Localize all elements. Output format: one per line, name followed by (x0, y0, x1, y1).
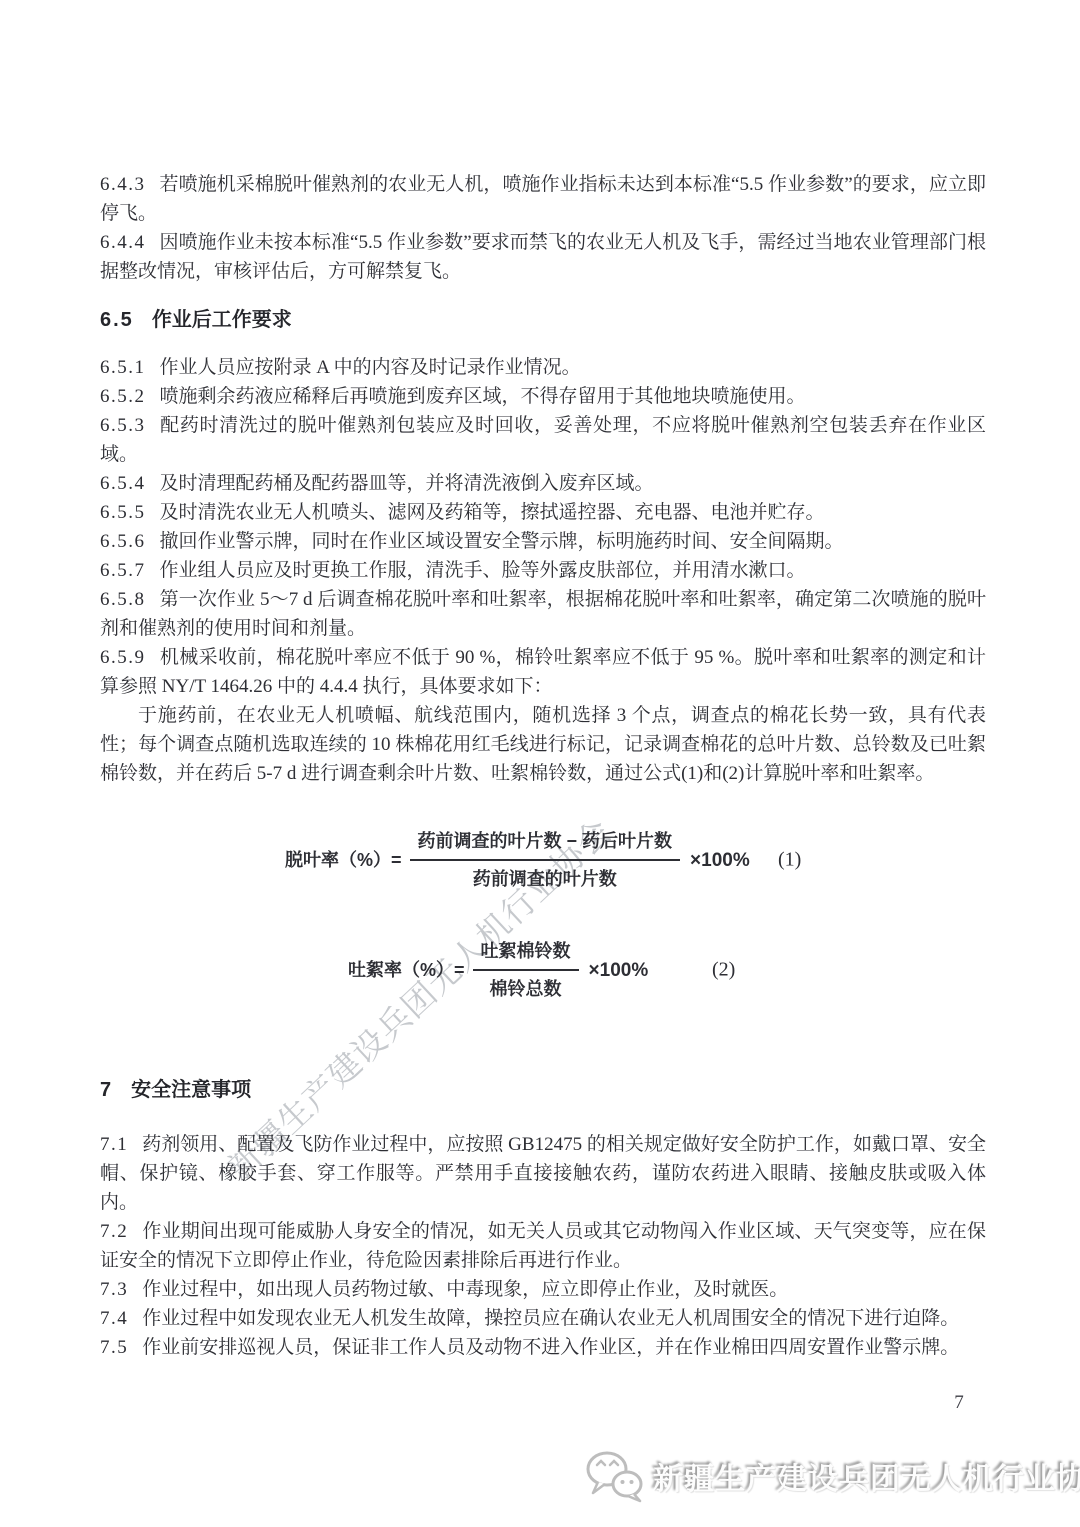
formula-fraction: 药前调查的叶片数 − 药后叶片数 药前调查的叶片数 (410, 828, 681, 892)
clause-number: 6.5.5 (100, 502, 146, 523)
clause-7-1: 7.1药剂领用、配置及飞防作业过程中，应按照 GB12475 的相关规定做好安全… (100, 1130, 986, 1217)
clause-7-5: 7.5作业前安排巡视人员，保证非工作人员及动物不进入作业区，并在作业棉田四周安置… (100, 1333, 986, 1362)
section-number: 7 (100, 1079, 113, 1101)
clause-text: 作业组人员应及时更换工作服，清洗手、脸等外露皮肤部位，并用清水漱口。 (160, 560, 806, 581)
clause-text: 作业人员应按附录 A 中的内容及时记录作业情况。 (160, 357, 581, 378)
clause-6-5-6: 6.5.6撤回作业警示牌，同时在作业区域设置安全警示牌，标明施药时间、安全间隔期… (100, 527, 986, 556)
clause-7-4: 7.4作业过程中如发现农业无人机发生故障，操控员应在确认农业无人机周围安全的情况… (100, 1304, 986, 1333)
formula-boll-opening-rate: 吐絮率（%）= 吐絮棉铃数 棉铃总数 ×100% (2) (348, 938, 986, 1002)
formula-label: 吐絮率（%）= (348, 956, 465, 985)
equation-number: (2) (712, 956, 735, 985)
formula-fraction: 吐絮棉铃数 棉铃总数 (473, 938, 579, 1002)
clause-text: 喷施剩余药液应稀释后再喷施到废弃区域，不得存留用于其他地块喷施使用。 (160, 386, 806, 407)
clause-text: 撤回作业警示牌，同时在作业区域设置安全警示牌，标明施药时间、安全间隔期。 (160, 531, 844, 552)
clause-number: 6.4.3 (100, 174, 146, 195)
section-title: 安全注意事项 (131, 1079, 251, 1101)
clause-number: 6.5.3 (100, 415, 146, 436)
clause-6-5-5: 6.5.5及时清洗农业无人机喷头、滤网及药箱等，擦拭遥控器、充电器、电池并贮存。 (100, 498, 986, 527)
clause-text: 第一次作业 5～7 d 后调查棉花脱叶率和吐絮率，根据棉花脱叶率和吐絮率，确定第… (100, 589, 986, 639)
clause-6-5-4: 6.5.4及时清理配药桶及配药器皿等，并将清洗液倒入废弃区域。 (100, 469, 986, 498)
clause-6-5-2: 6.5.2喷施剩余药液应稀释后再喷施到废弃区域，不得存留用于其他地块喷施使用。 (100, 382, 986, 411)
clause-number: 7.4 (100, 1308, 128, 1329)
formula-multiplier: ×100% (589, 956, 649, 985)
document-body: 6.4.3若喷施机采棉脱叶催熟剂的农业无人机，喷施作业指标未达到本标准“5.5 … (100, 170, 986, 1362)
clause-text: 作业过程中，如出现人员药物过敏、中毒现象，应立即停止作业，及时就医。 (142, 1279, 788, 1300)
clause-text: 及时清洗农业无人机喷头、滤网及药箱等，擦拭遥控器、充电器、电池并贮存。 (160, 502, 825, 523)
section-heading-6-5: 6.5作业后工作要求 (100, 306, 986, 335)
clause-7-3: 7.3作业过程中，如出现人员药物过敏、中毒现象，应立即停止作业，及时就医。 (100, 1275, 986, 1304)
footer: 新疆生产建设兵团无人机行业协会 (585, 1446, 1080, 1506)
clause-6-5-1: 6.5.1作业人员应按附录 A 中的内容及时记录作业情况。 (100, 353, 986, 382)
clause-number: 6.5.4 (100, 473, 146, 494)
clause-number: 7.5 (100, 1337, 128, 1358)
clause-text: 因喷施作业未按本标准“5.5 作业参数”要求而禁飞的农业无人机及飞手，需经过当地… (100, 232, 986, 282)
formula-multiplier: ×100% (690, 846, 750, 875)
survey-method-paragraph: 于施药前，在农业无人机喷幅、航线范围内，随机选择 3 个点，调查点的棉花长势一致… (100, 701, 986, 788)
clause-text: 作业过程中如发现农业无人机发生故障，操控员应在确认农业无人机周围安全的情况下进行… (142, 1308, 959, 1329)
document-page: 新疆生产建设兵团无人机行业协会 6.4.3若喷施机采棉脱叶催熟剂的农业无人机，喷… (0, 0, 1080, 1527)
clause-6-4-3: 6.4.3若喷施机采棉脱叶催熟剂的农业无人机，喷施作业指标未达到本标准“5.5 … (100, 170, 986, 228)
clause-number: 6.5.9 (100, 647, 146, 668)
clause-number: 7.2 (100, 1221, 128, 1242)
clause-text: 及时清理配药桶及配药器皿等，并将清洗液倒入废弃区域。 (160, 473, 654, 494)
clause-text: 作业前安排巡视人员，保证非工作人员及动物不进入作业区，并在作业棉田四周安置作业警… (142, 1337, 959, 1358)
formula-numerator: 药前调查的叶片数 − 药后叶片数 (410, 828, 681, 861)
formula-label: 脱叶率（%）= (285, 846, 402, 875)
formula-numerator: 吐絮棉铃数 (473, 938, 579, 971)
clause-number: 6.5.7 (100, 560, 146, 581)
clause-number: 6.5.6 (100, 531, 146, 552)
clause-6-5-9: 6.5.9机械采收前，棉花脱叶率应不低于 90 %，棉铃吐絮率应不低于 95 %… (100, 643, 986, 701)
clause-6-5-8: 6.5.8第一次作业 5～7 d 后调查棉花脱叶率和吐絮率，根据棉花脱叶率和吐絮… (100, 585, 986, 643)
footer-org-name: 新疆生产建设兵团无人机行业协会 (653, 1454, 1080, 1498)
section-heading-7: 7安全注意事项 (100, 1076, 986, 1105)
clause-number: 7.3 (100, 1279, 128, 1300)
clause-number: 6.5.1 (100, 357, 146, 378)
clause-number: 6.4.4 (100, 232, 146, 253)
wechat-icon (585, 1449, 645, 1503)
clause-7-2: 7.2作业期间出现可能威胁人身安全的情况，如无关人员或其它动物闯入作业区域、天气… (100, 1217, 986, 1275)
clause-number: 6.5.2 (100, 386, 146, 407)
section-title: 作业后工作要求 (152, 309, 292, 331)
clause-6-5-3: 6.5.3配药时清洗过的脱叶催熟剂包装应及时回收，妥善处理，不应将脱叶催熟剂空包… (100, 411, 986, 469)
clause-text: 药剂领用、配置及飞防作业过程中，应按照 GB12475 的相关规定做好安全防护工… (100, 1134, 986, 1213)
clause-text: 若喷施机采棉脱叶催熟剂的农业无人机，喷施作业指标未达到本标准“5.5 作业参数”… (100, 174, 986, 224)
formula-denominator: 棉铃总数 (490, 971, 562, 1002)
clause-number: 7.1 (100, 1134, 128, 1155)
clause-text: 机械采收前，棉花脱叶率应不低于 90 %，棉铃吐絮率应不低于 95 %。脱叶率和… (100, 647, 986, 697)
formula-defoliation-rate: 脱叶率（%）= 药前调查的叶片数 − 药后叶片数 药前调查的叶片数 ×100% … (285, 828, 986, 892)
equation-number: (1) (778, 846, 801, 875)
formula-denominator: 药前调查的叶片数 (473, 861, 617, 892)
page-number: 7 (944, 1392, 974, 1414)
section-number: 6.5 (100, 309, 134, 331)
clause-6-4-4: 6.4.4因喷施作业未按本标准“5.5 作业参数”要求而禁飞的农业无人机及飞手，… (100, 228, 986, 286)
clause-text: 作业期间出现可能威胁人身安全的情况，如无关人员或其它动物闯入作业区域、天气突变等… (100, 1221, 986, 1271)
clause-text: 配药时清洗过的脱叶催熟剂包装应及时回收，妥善处理，不应将脱叶催熟剂空包装丢弃在作… (100, 415, 986, 465)
clause-6-5-7: 6.5.7作业组人员应及时更换工作服，清洗手、脸等外露皮肤部位，并用清水漱口。 (100, 556, 986, 585)
clause-number: 6.5.8 (100, 589, 146, 610)
